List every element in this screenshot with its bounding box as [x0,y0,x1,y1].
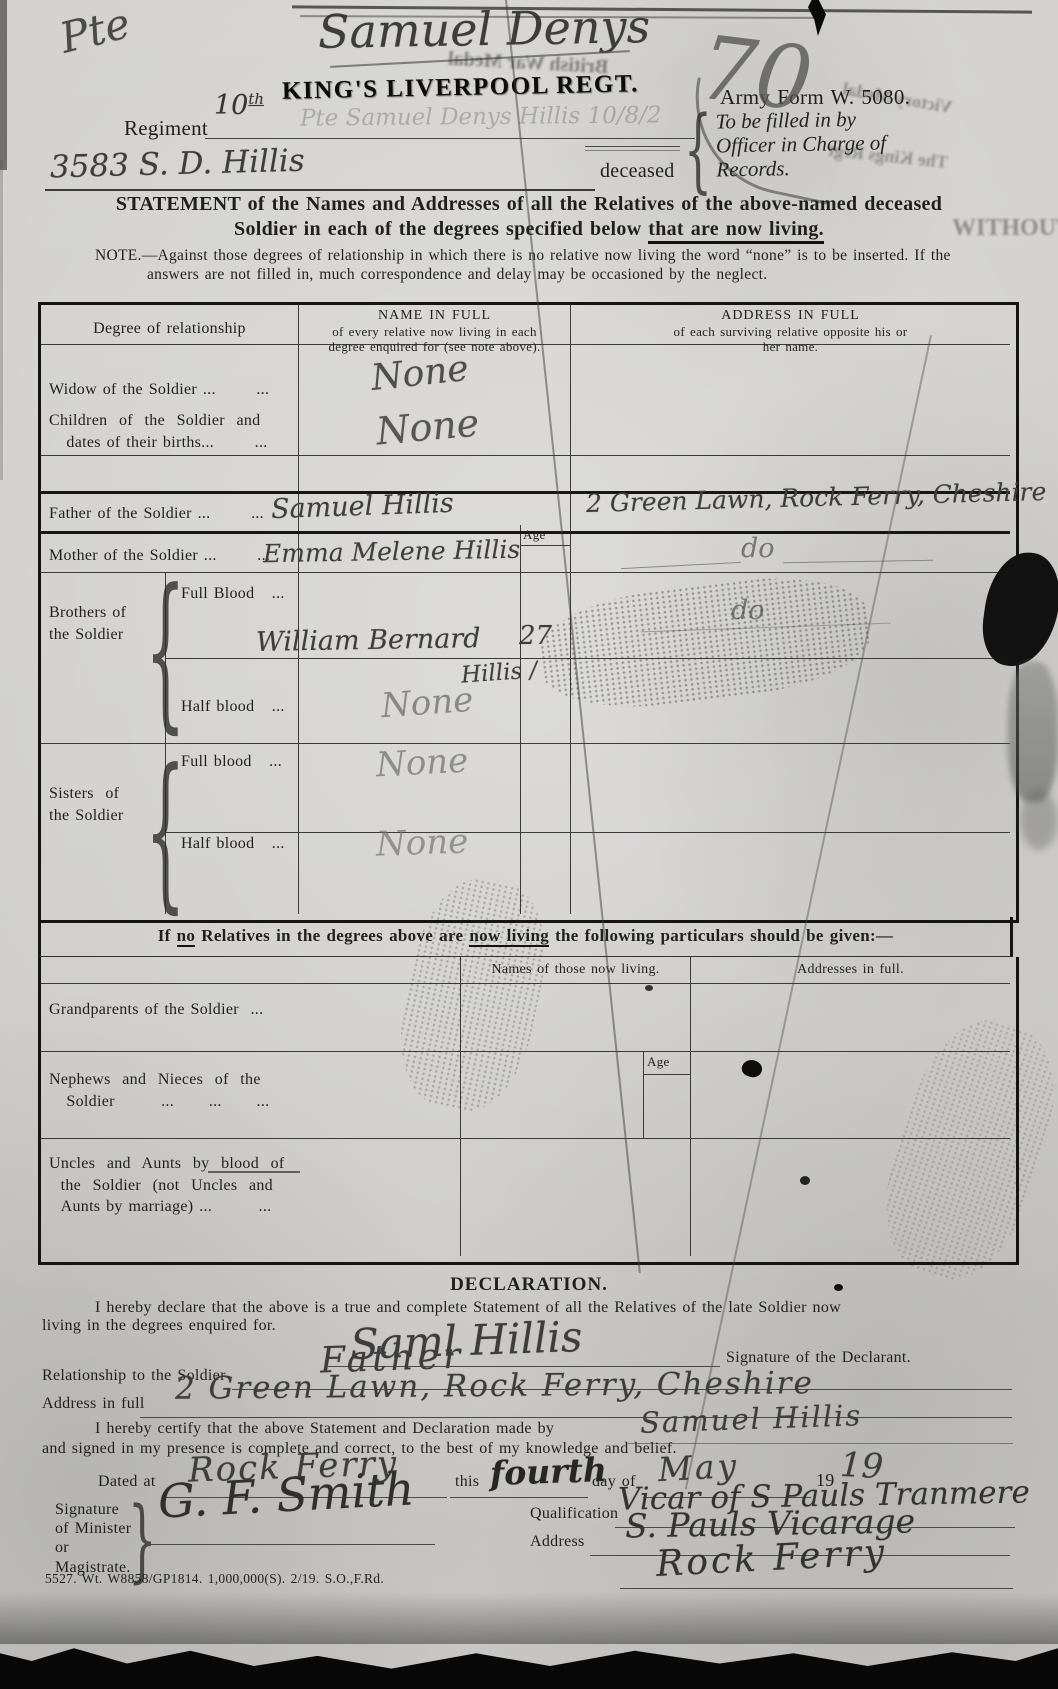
row-label-widow: Widow of the Soldier ... ... [49,381,269,399]
row-label-children: Children of the Soldier and dates of the… [49,410,268,453]
qualification-label: Qualification [530,1505,618,1523]
form-rule [585,146,680,147]
note-line2: answers are not filled in, much correspo… [147,266,767,284]
column-header-address-sub: her name. [571,339,1010,355]
brace-icon: { [145,567,186,735]
printers-imprint: 5527. Wt. W8858/GP1814. 1,000,000(S). 2/… [45,1571,384,1587]
form-rule [585,150,680,151]
regiment-number: 10th [214,90,264,121]
fill-note: To be filled in by Officer in Charge of … [715,107,886,182]
edge-stain [0,0,7,170]
ink-blot [834,1284,843,1291]
form-rule [450,1497,588,1498]
pte-annotation: Pte [55,0,135,63]
handwritten-brothers-half-value: None [380,680,475,726]
table-rule [41,572,1010,573]
edge-stain [1020,790,1058,850]
form-rule [205,138,695,139]
group-label-sisters: Sisters of the Soldier [49,783,124,826]
form-rule [620,1588,1013,1589]
handwritten-address: 2 Green Lawn, Rock Ferry, Cheshire [175,1365,814,1407]
ink-blot [800,1176,810,1185]
age-column-header: Age [647,1054,670,1070]
column-header-name-sub: of every relative now living in each [299,324,570,340]
row-label-father: Father of the Soldier ... ... [49,505,264,523]
deceased-label: deceased [600,160,675,183]
banner-underlined: no [177,926,196,947]
ditto-flourish [621,562,741,569]
table-rule [165,832,1010,833]
column-header-degree: Degree of relationship [41,320,298,338]
banner-text: If [158,926,177,945]
handwritten-certify-name: Samuel Hillis [639,1398,862,1440]
minister-address-label: Address [530,1533,585,1551]
table-rule [298,305,299,914]
handwritten-children-value: None [374,401,481,454]
handwritten-mother-address-ditto: do [741,533,775,564]
column-header-address-sub: of each surviving relative opposite his … [571,324,1010,340]
declaration-body-line2: living in the degrees enquired for. [42,1317,276,1335]
ink-blot [645,985,653,991]
bottom-shadow [0,1592,1058,1644]
row-label-brothers-half: Half blood ... [181,698,285,716]
column-header-name: NAME IN FULL [299,308,570,324]
column-header-addresses: Addresses in full. [691,962,1010,978]
table-rule [520,525,521,914]
row-label-sisters-full: Full blood ... [181,753,282,771]
form-rule [140,1417,1012,1418]
title-text: Soldier in each of the degrees specified… [234,218,648,240]
this-label: this [455,1473,479,1491]
ditto-flourish [783,560,933,564]
edge-stain [0,160,3,480]
scanned-army-form: Pte Samuel Denys British War Medal Victo… [0,0,1058,1689]
row-label-sisters-half: Half blood ... [181,835,285,853]
handwritten-brother-name: William Bernard [256,623,481,658]
edge-stain [1008,662,1058,802]
table-rule [41,1138,1010,1139]
table-rule [41,743,1010,744]
handwritten-father-name: Samuel Hillis [271,488,455,525]
row-label-uncles: Uncles and Aunts by blood of the Soldier… [49,1153,285,1218]
declaration-heading: DECLARATION. [0,1274,1058,1296]
brace-icon: { [684,104,712,196]
handwritten-mother-name: Emma Melene Hillis [263,535,521,568]
handwritten-sisters-full-value: None [375,741,469,786]
handwritten-day: fourth [489,1450,607,1493]
handwritten-sisters-half-value: None [375,821,469,864]
row-label-grandparents: Grandparents of the Soldier ... [49,1001,263,1019]
table-rule [690,957,691,1256]
form-rule [150,1544,435,1545]
torn-bottom-edge [0,1638,1058,1689]
certify-line1: I hereby certify that the above Statemen… [95,1420,554,1438]
regiment-label: Regiment [124,116,208,141]
brace-icon: { [145,747,186,915]
group-label-brothers: Brothers of the Soldier [49,602,126,645]
ghost-entry-script: Pte Samuel Denys Hillis 10/8/2 [300,102,662,131]
row-label-brothers-full: Full Blood ... [181,585,285,603]
declaration-body-line1: I hereby declare that the above is a tru… [95,1299,841,1317]
row-label-nephews: Nephews and Nieces of the Soldier ... ..… [49,1069,269,1112]
note-line1: NOTE.—Against those degrees of relations… [95,247,951,265]
handwritten-widow-value: None [369,348,470,399]
table-rule [643,1051,644,1138]
signature-caption: Signature of the Declarant. [726,1349,911,1367]
form-rule [45,189,595,191]
address-label: Address in full [42,1395,145,1413]
table-rule [643,1074,690,1075]
age-column-header: Age [523,527,546,543]
soldier-number-script: 3583 S. D. Hillis [50,143,306,186]
emphasis-underline [208,1171,300,1173]
minister-label: Signature of Minister or Magistrate. [55,1500,131,1577]
handwritten-father-address: 2 Green Lawn, Rock Ferry, Cheshire [586,477,1047,518]
column-header-address: ADDRESS IN FULL [571,308,1010,324]
title-underlined-text: that are now living. [648,218,824,244]
banner-text: the following particulars should be give… [549,926,893,945]
table-rule [41,455,1010,456]
form-rule [628,1443,1013,1444]
regiment-stamp: KING'S LIVERPOOL REGT. [282,70,639,105]
